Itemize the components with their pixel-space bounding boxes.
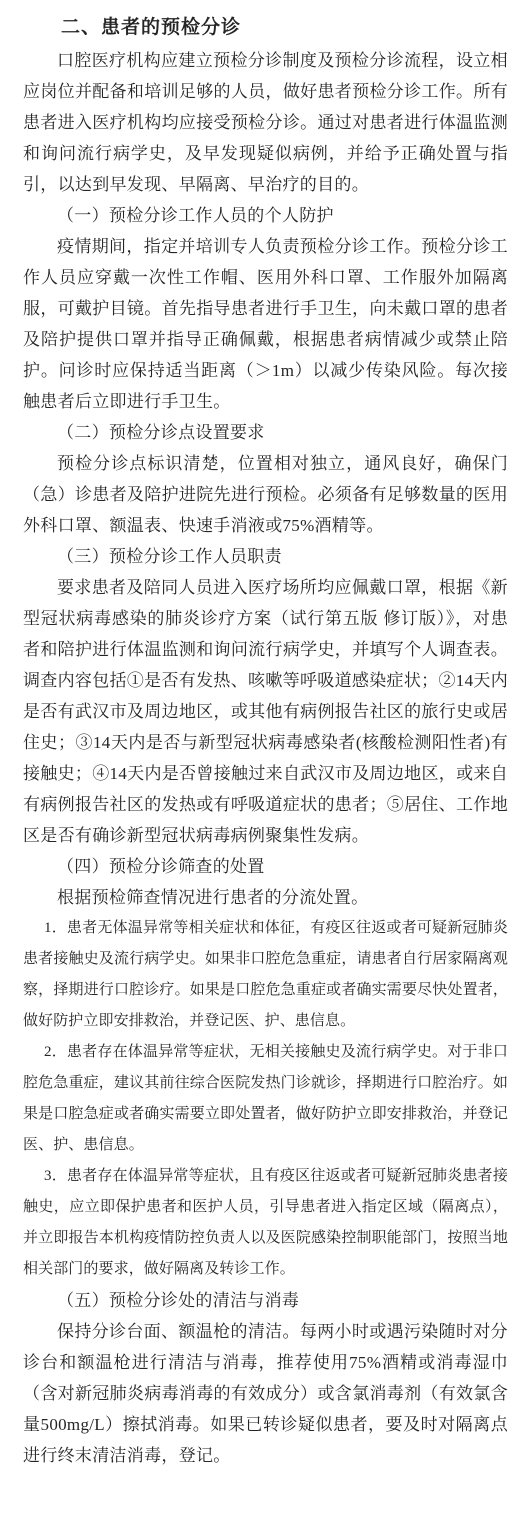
- document-body: 口腔医疗机构应建立预检分诊制度及预检分诊流程，设立相应岗位并配备和培训足够的人员…: [23, 45, 508, 1471]
- subsection-heading: （五）预检分诊处的清洁与消毒: [23, 1285, 508, 1316]
- paragraph: 要求患者及陪同人员进入医疗场所均应佩戴口罩，根据《新型冠状病毒感染的肺炎诊疗方案…: [23, 572, 508, 851]
- paragraph: 根据预检筛查情况进行患者的分流处置。: [23, 882, 508, 913]
- subsection-heading: （二）预检分诊点设置要求: [23, 417, 508, 448]
- subsection-heading: （四）预检分诊筛查的处置: [23, 851, 508, 882]
- document-page: 二、患者的预检分诊 口腔医疗机构应建立预检分诊制度及预检分诊流程，设立相应岗位并…: [0, 0, 530, 1536]
- numbered-item: 2．患者存在体温异常等症状，无相关接触史及流行病学史。对于非口腔危急重症，建议其…: [23, 1037, 508, 1161]
- subsection-heading: （三）预检分诊工作人员职责: [23, 541, 508, 572]
- numbered-item: 1．患者无体温异常等相关症状和体征，有疫区往返或者可疑新冠肺炎患者接触史及流行病…: [23, 913, 508, 1037]
- section-title: 二、患者的预检分诊: [23, 12, 508, 43]
- paragraph: 预检分诊点标识清楚，位置相对独立，通风良好，确保门（急）诊患者及陪护进院先进行预…: [23, 448, 508, 541]
- subsection-heading: （一）预检分诊工作人员的个人防护: [23, 200, 508, 231]
- paragraph: 疫情期间，指定并培训专人负责预检分诊工作。预检分诊工作人员应穿戴一次性工作帽、医…: [23, 231, 508, 417]
- paragraph: 保持分诊台面、额温枪的清洁。每两小时或遇污染随时对分诊台和额温枪进行清洁与消毒，…: [23, 1316, 508, 1471]
- numbered-item: 3．患者存在体温异常等症状，且有疫区往返或者可疑新冠肺炎患者接触史，应立即保护患…: [23, 1161, 508, 1285]
- paragraph: 口腔医疗机构应建立预检分诊制度及预检分诊流程，设立相应岗位并配备和培训足够的人员…: [23, 45, 508, 200]
